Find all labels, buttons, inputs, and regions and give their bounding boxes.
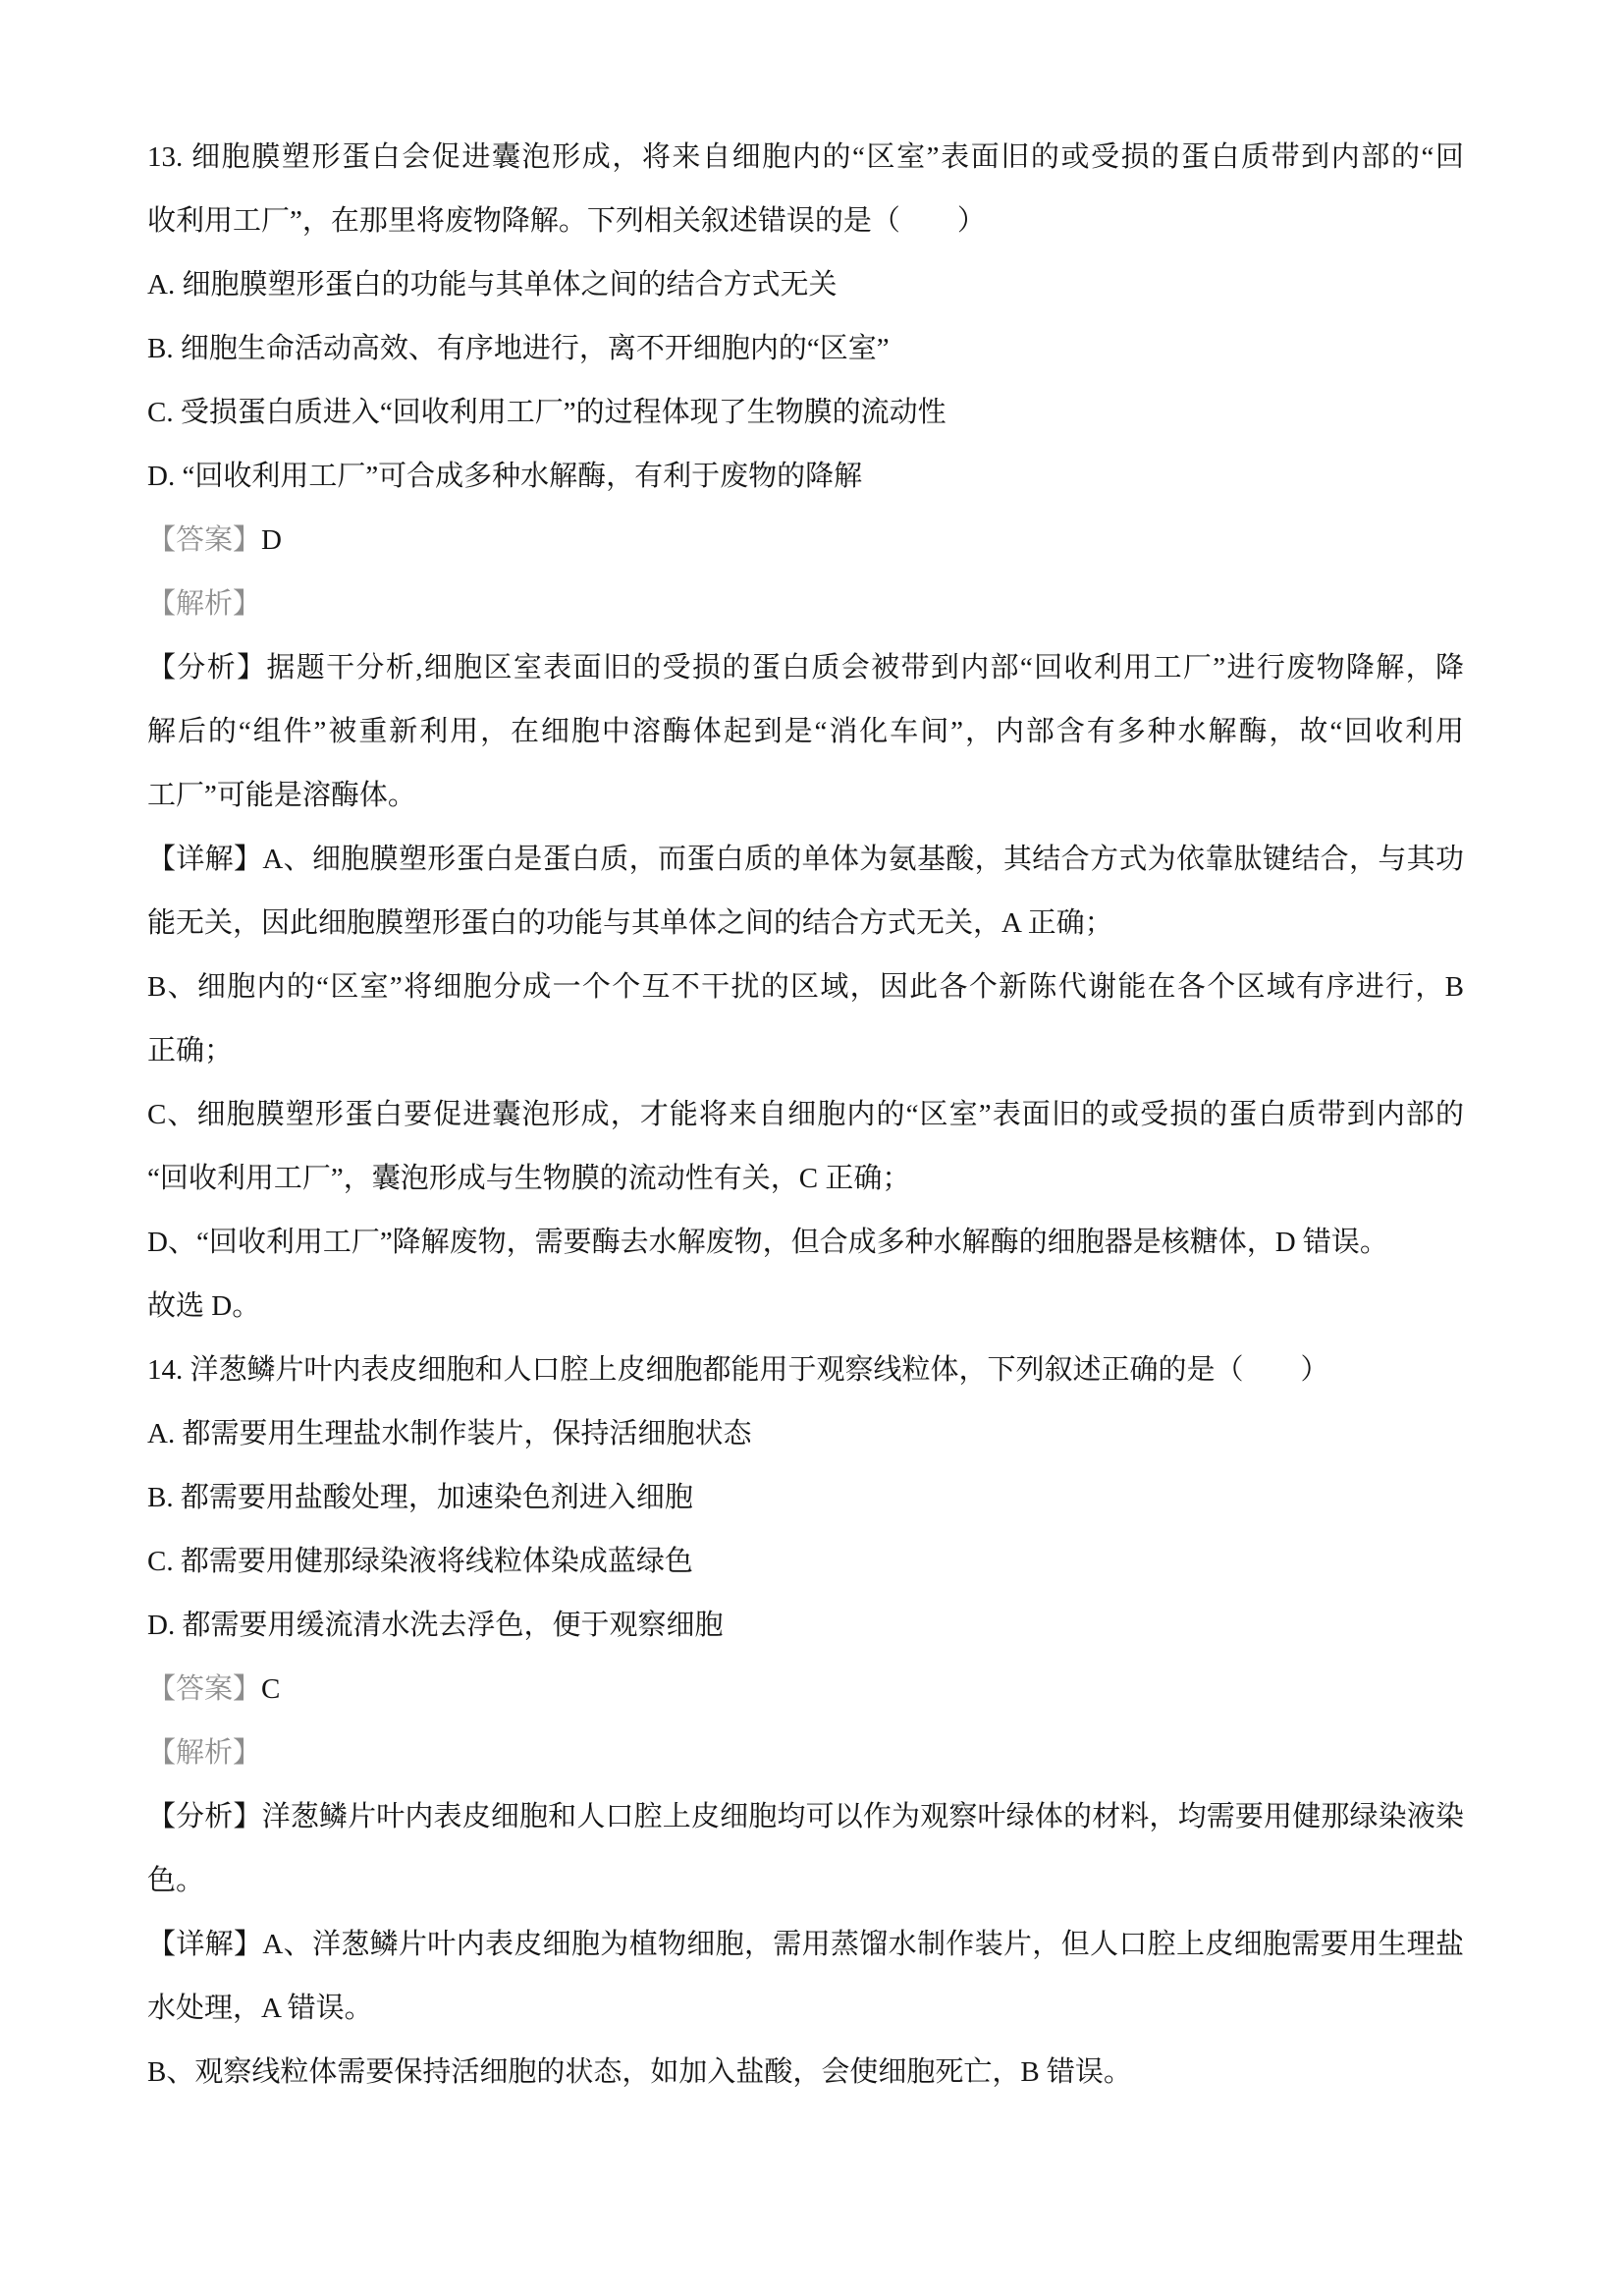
text-line: 【解析】	[147, 1722, 1464, 1785]
text-segment: B、观察线粒体需要保持活细胞的状态，如加入盐酸，会使细胞死亡，B 错误。	[147, 2056, 1132, 2088]
text-line: 【答案】C	[147, 1658, 1464, 1722]
text-line: “回收利用工厂”，囊泡形成与生物膜的流动性有关，C 正确；	[147, 1147, 1464, 1211]
text-segment: 【分析】洋葱鳞片叶内表皮细胞和人口腔上皮细胞均可以作为观察叶绿体的材料，均需要用…	[147, 1801, 1464, 1832]
text-line: 13. 细胞膜塑形蛋白会促进囊泡形成，将来自细胞内的“区室”表面旧的或受损的蛋白…	[147, 126, 1464, 190]
text-segment: 【分析】据题干分析,细胞区室表面旧的受损的蛋白质会被带到内部“回收利用工厂”进行…	[147, 652, 1464, 683]
text-segment: D、“回收利用工厂”降解废物，需要酶去水解废物，但合成多种水解酶的细胞器是核糖体…	[147, 1227, 1388, 1258]
text-segment: 13. 细胞膜塑形蛋白会促进囊泡形成，将来自细胞内的“区室”表面旧的或受损的蛋白…	[147, 141, 1464, 173]
text-segment: 能无关，因此细胞膜塑形蛋白的功能与其单体之间的结合方式无关，A 正确；	[147, 907, 1113, 939]
text-segment: 【答案】	[147, 524, 261, 556]
text-segment: 【解析】	[147, 1737, 261, 1769]
text-line: B. 细胞生命活动高效、有序地进行，离不开细胞内的“区室”	[147, 317, 1464, 381]
text-line: B. 都需要用盐酸处理，加速染色剂进入细胞	[147, 1466, 1464, 1530]
text-segment: B、细胞内的“区室”将细胞分成一个个互不干扰的区域，因此各个新陈代谢能在各个区域…	[147, 971, 1464, 1003]
text-segment: C. 受损蛋白质进入“回收利用工厂”的过程体现了生物膜的流动性	[147, 397, 947, 428]
text-line: 【详解】A、细胞膜塑形蛋白是蛋白质，而蛋白质的单体为氨基酸，其结合方式为依靠肽键…	[147, 828, 1464, 892]
text-segment: B. 细胞生命活动高效、有序地进行，离不开细胞内的“区室”	[147, 333, 890, 364]
text-segment: 【答案】	[147, 1673, 261, 1705]
text-segment: D. 都需要用缓流清水洗去浮色，便于观察细胞	[147, 1610, 723, 1641]
text-line: 能无关，因此细胞膜塑形蛋白的功能与其单体之间的结合方式无关，A 正确；	[147, 892, 1464, 956]
text-segment: 【详解】A、细胞膜塑形蛋白是蛋白质，而蛋白质的单体为氨基酸，其结合方式为依靠肽键…	[147, 844, 1464, 875]
document-content: 13. 细胞膜塑形蛋白会促进囊泡形成，将来自细胞内的“区室”表面旧的或受损的蛋白…	[147, 126, 1464, 2105]
text-line: 14. 洋葱鳞片叶内表皮细胞和人口腔上皮细胞都能用于观察线粒体，下列叙述正确的是…	[147, 1339, 1464, 1402]
text-line: 工厂”可能是溶酶体。	[147, 764, 1464, 828]
text-line: 【详解】A、洋葱鳞片叶内表皮细胞为植物细胞，需用蒸馏水制作装片，但人口腔上皮细胞…	[147, 1913, 1464, 1977]
text-segment: 解后的“组件”被重新利用，在细胞中溶酶体起到是“消化车间”，内部含有多种水解酶，…	[147, 716, 1464, 747]
text-line: A. 都需要用生理盐水制作装片，保持活细胞状态	[147, 1402, 1464, 1466]
text-line: 色。	[147, 1849, 1464, 1913]
text-segment: C、细胞膜塑形蛋白要促进囊泡形成，才能将来自细胞内的“区室”表面旧的或受损的蛋白…	[147, 1099, 1464, 1130]
document-page: 13. 细胞膜塑形蛋白会促进囊泡形成，将来自细胞内的“区室”表面旧的或受损的蛋白…	[0, 0, 1623, 2296]
text-segment: 故选 D。	[147, 1290, 260, 1322]
text-segment: 工厂”可能是溶酶体。	[147, 780, 416, 811]
text-line: 水处理，A 错误。	[147, 1977, 1464, 2041]
text-line: B、观察线粒体需要保持活细胞的状态，如加入盐酸，会使细胞死亡，B 错误。	[147, 2041, 1464, 2105]
text-line: D、“回收利用工厂”降解废物，需要酶去水解废物，但合成多种水解酶的细胞器是核糖体…	[147, 1211, 1464, 1275]
text-segment: B. 都需要用盐酸处理，加速染色剂进入细胞	[147, 1482, 693, 1513]
text-segment: 【详解】A、洋葱鳞片叶内表皮细胞为植物细胞，需用蒸馏水制作装片，但人口腔上皮细胞…	[147, 1929, 1464, 1960]
text-segment: D	[261, 524, 282, 556]
text-line: 【分析】洋葱鳞片叶内表皮细胞和人口腔上皮细胞均可以作为观察叶绿体的材料，均需要用…	[147, 1785, 1464, 1849]
text-segment: 水处理，A 错误。	[147, 1993, 373, 2024]
text-segment: 14. 洋葱鳞片叶内表皮细胞和人口腔上皮细胞都能用于观察线粒体，下列叙述正确的是…	[147, 1354, 1329, 1386]
text-line: C、细胞膜塑形蛋白要促进囊泡形成，才能将来自细胞内的“区室”表面旧的或受损的蛋白…	[147, 1083, 1464, 1147]
text-line: 正确；	[147, 1019, 1464, 1083]
text-segment: 【解析】	[147, 588, 261, 620]
text-segment: 收利用工厂”，在那里将废物降解。下列相关叙述错误的是（ ）	[147, 205, 986, 237]
text-line: 故选 D。	[147, 1275, 1464, 1339]
text-line: C. 都需要用健那绿染液将线粒体染成蓝绿色	[147, 1530, 1464, 1594]
text-segment: A. 都需要用生理盐水制作装片，保持活细胞状态	[147, 1418, 751, 1449]
text-segment: “回收利用工厂”，囊泡形成与生物膜的流动性有关，C 正确；	[147, 1163, 910, 1194]
text-line: B、细胞内的“区室”将细胞分成一个个互不干扰的区域，因此各个新陈代谢能在各个区域…	[147, 956, 1464, 1019]
text-segment: C	[261, 1673, 280, 1705]
text-line: 【解析】	[147, 573, 1464, 636]
text-line: 【分析】据题干分析,细胞区室表面旧的受损的蛋白质会被带到内部“回收利用工厂”进行…	[147, 636, 1464, 700]
text-line: 解后的“组件”被重新利用，在细胞中溶酶体起到是“消化车间”，内部含有多种水解酶，…	[147, 700, 1464, 764]
text-segment: C. 都需要用健那绿染液将线粒体染成蓝绿色	[147, 1546, 693, 1577]
text-segment: 正确；	[147, 1035, 233, 1066]
text-line: A. 细胞膜塑形蛋白的功能与其单体之间的结合方式无关	[147, 253, 1464, 317]
text-line: 【答案】D	[147, 509, 1464, 573]
text-segment: D. “回收利用工厂”可合成多种水解酶，有利于废物的降解	[147, 461, 862, 492]
text-segment: 色。	[147, 1865, 204, 1896]
text-line: 收利用工厂”，在那里将废物降解。下列相关叙述错误的是（ ）	[147, 190, 1464, 253]
text-segment: A. 细胞膜塑形蛋白的功能与其单体之间的结合方式无关	[147, 269, 837, 301]
text-line: C. 受损蛋白质进入“回收利用工厂”的过程体现了生物膜的流动性	[147, 381, 1464, 445]
text-line: D. “回收利用工厂”可合成多种水解酶，有利于废物的降解	[147, 445, 1464, 509]
text-line: D. 都需要用缓流清水洗去浮色，便于观察细胞	[147, 1594, 1464, 1658]
